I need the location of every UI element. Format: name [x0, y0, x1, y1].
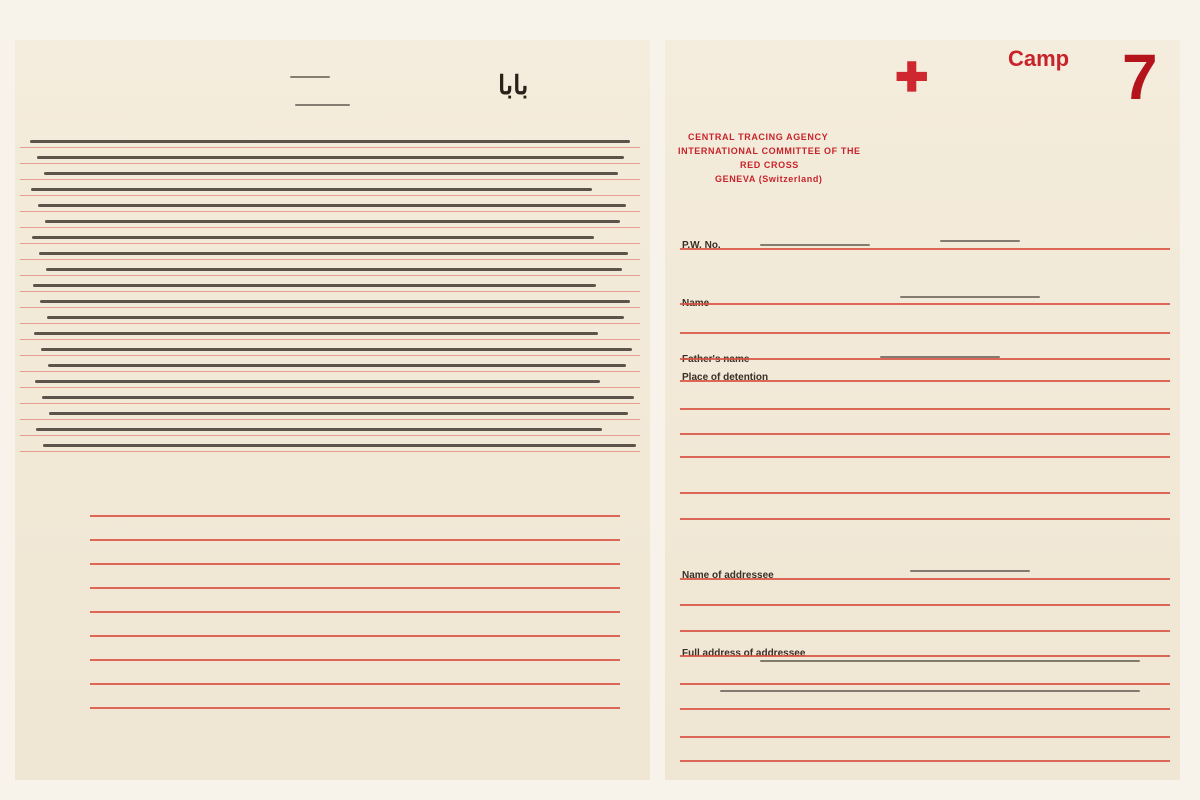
org-header-line-3: RED CROSS — [740, 160, 799, 170]
addressee-address-label: Full address of addressee — [682, 648, 805, 659]
org-header-line-2: INTERNATIONAL COMMITTEE OF THE — [678, 146, 861, 156]
camp-label: Camp — [1008, 46, 1069, 72]
letter-header-line — [295, 104, 350, 106]
letter-header-line — [290, 76, 330, 78]
letter-signature: بابا — [498, 70, 528, 101]
red-cross-icon: ✚ — [895, 58, 929, 98]
org-header-line-1: CENTRAL TRACING AGENCY — [688, 132, 828, 142]
org-header-line-4: GENEVA (Switzerland) — [715, 174, 823, 184]
handwritten-letter-page — [15, 40, 650, 780]
camp-number: 7 — [1122, 45, 1158, 109]
